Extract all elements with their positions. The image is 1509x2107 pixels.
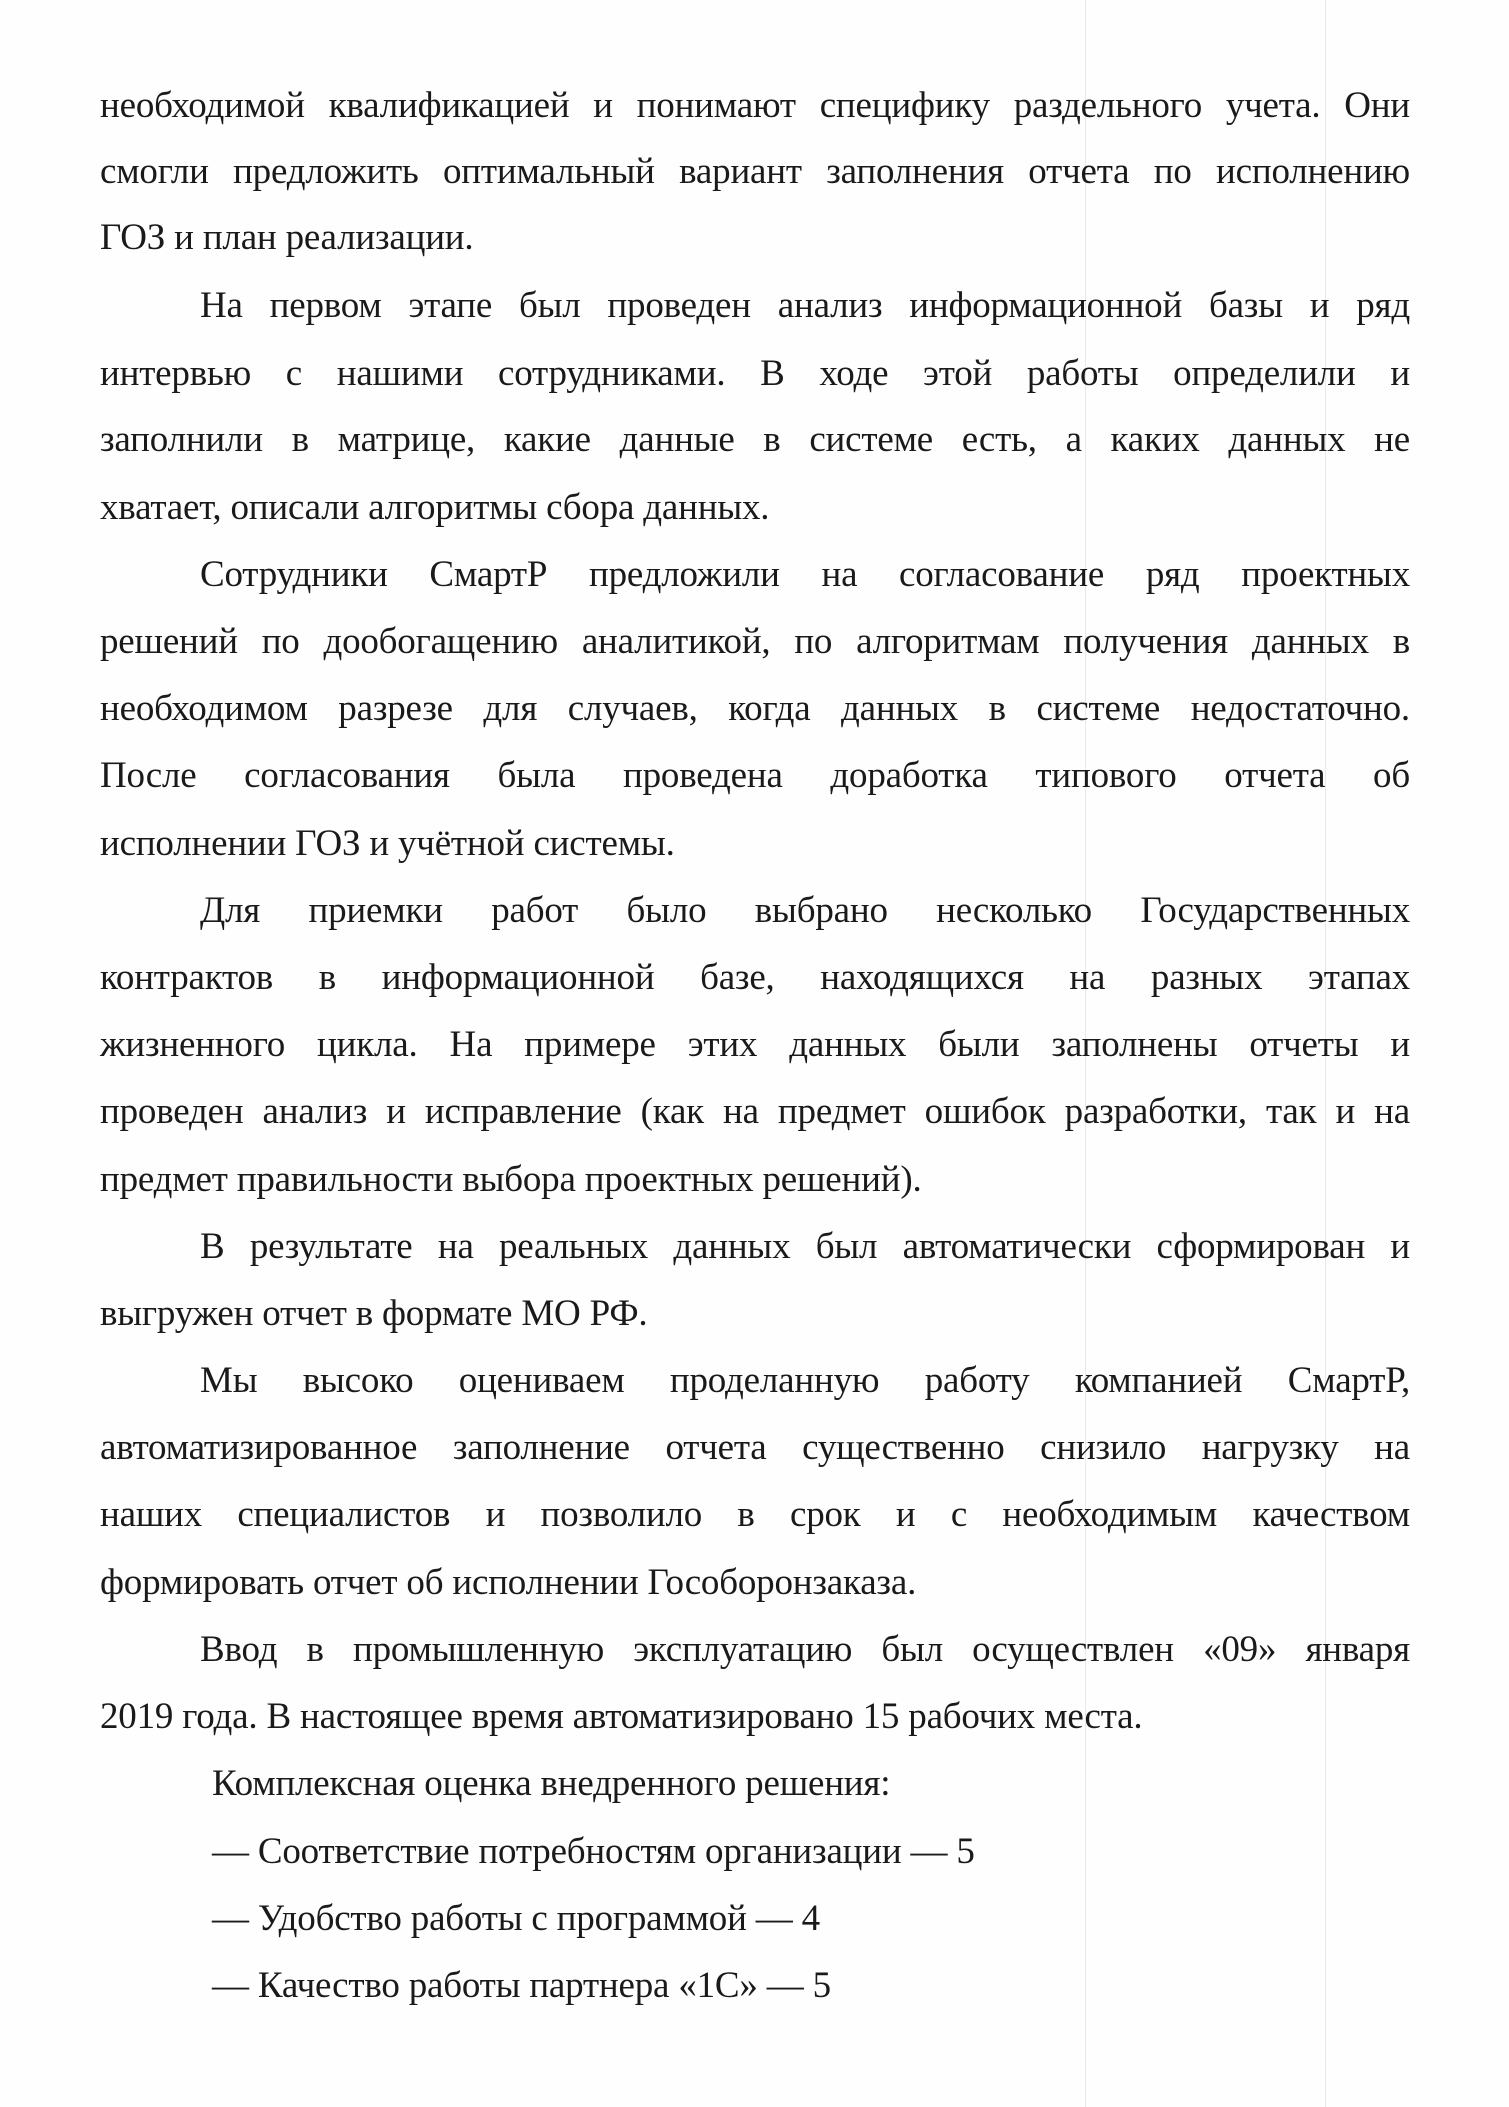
text-line: заполнили в матрице, какие данные в сист… bbox=[100, 418, 1410, 462]
text-line: необходимой квалификацией и понимают спе… bbox=[100, 84, 1410, 128]
text-line: наших специалистов и позволило в срок и … bbox=[100, 1493, 1410, 1537]
rating-item: — Удобство работы с программой — 4 bbox=[212, 1897, 820, 1941]
text-line: В результате на реальных данных был авто… bbox=[200, 1225, 1410, 1269]
text-line: На первом этапе был проведен анализ инфо… bbox=[200, 284, 1410, 328]
rating-title: Комплексная оценка внедренного решения: bbox=[212, 1762, 890, 1806]
text-line: После согласования была проведена дорабо… bbox=[100, 754, 1410, 798]
text-line: необходимом разрезе для случаев, когда д… bbox=[100, 687, 1410, 731]
text-line: ГОЗ и план реализации. bbox=[100, 216, 1410, 260]
text-line: жизненного цикла. На примере этих данных… bbox=[100, 1023, 1410, 1067]
document-page: необходимой квалификацией и понимают спе… bbox=[0, 0, 1509, 2107]
text-line: решений по дообогащению аналитикой, по а… bbox=[100, 620, 1410, 664]
rating-item: — Соответствие потребностям организации … bbox=[212, 1830, 975, 1874]
text-line: контрактов в информационной базе, находя… bbox=[100, 956, 1410, 1000]
text-line: Ввод в промышленную эксплуатацию был осу… bbox=[200, 1628, 1410, 1672]
text-line: выгружен отчет в формате МО РФ. bbox=[100, 1292, 1410, 1336]
text-line: смогли предложить оптимальный вариант за… bbox=[100, 150, 1410, 194]
text-line: предмет правильности выбора проектных ре… bbox=[100, 1158, 1410, 1202]
text-line: хватает, описали алгоритмы сбора данных. bbox=[100, 486, 1410, 530]
text-line: автоматизированное заполнение отчета сущ… bbox=[100, 1426, 1410, 1470]
rating-item: — Качество работы партнера «1С» — 5 bbox=[212, 1964, 831, 2008]
text-line: 2019 года. В настоящее время автоматизир… bbox=[100, 1695, 1410, 1739]
text-line: исполнении ГОЗ и учётной системы. bbox=[100, 822, 1410, 866]
text-line: формировать отчет об исполнении Гособоро… bbox=[100, 1561, 1410, 1605]
text-line: проведен анализ и исправление (как на пр… bbox=[100, 1090, 1410, 1134]
text-line: интервью с нашими сотрудниками. В ходе э… bbox=[100, 352, 1410, 396]
text-line: Сотрудники СмартР предложили на согласов… bbox=[200, 553, 1410, 597]
text-line: Для приемки работ было выбрано несколько… bbox=[200, 889, 1410, 933]
text-line: Мы высоко оцениваем проделанную работу к… bbox=[200, 1359, 1410, 1403]
